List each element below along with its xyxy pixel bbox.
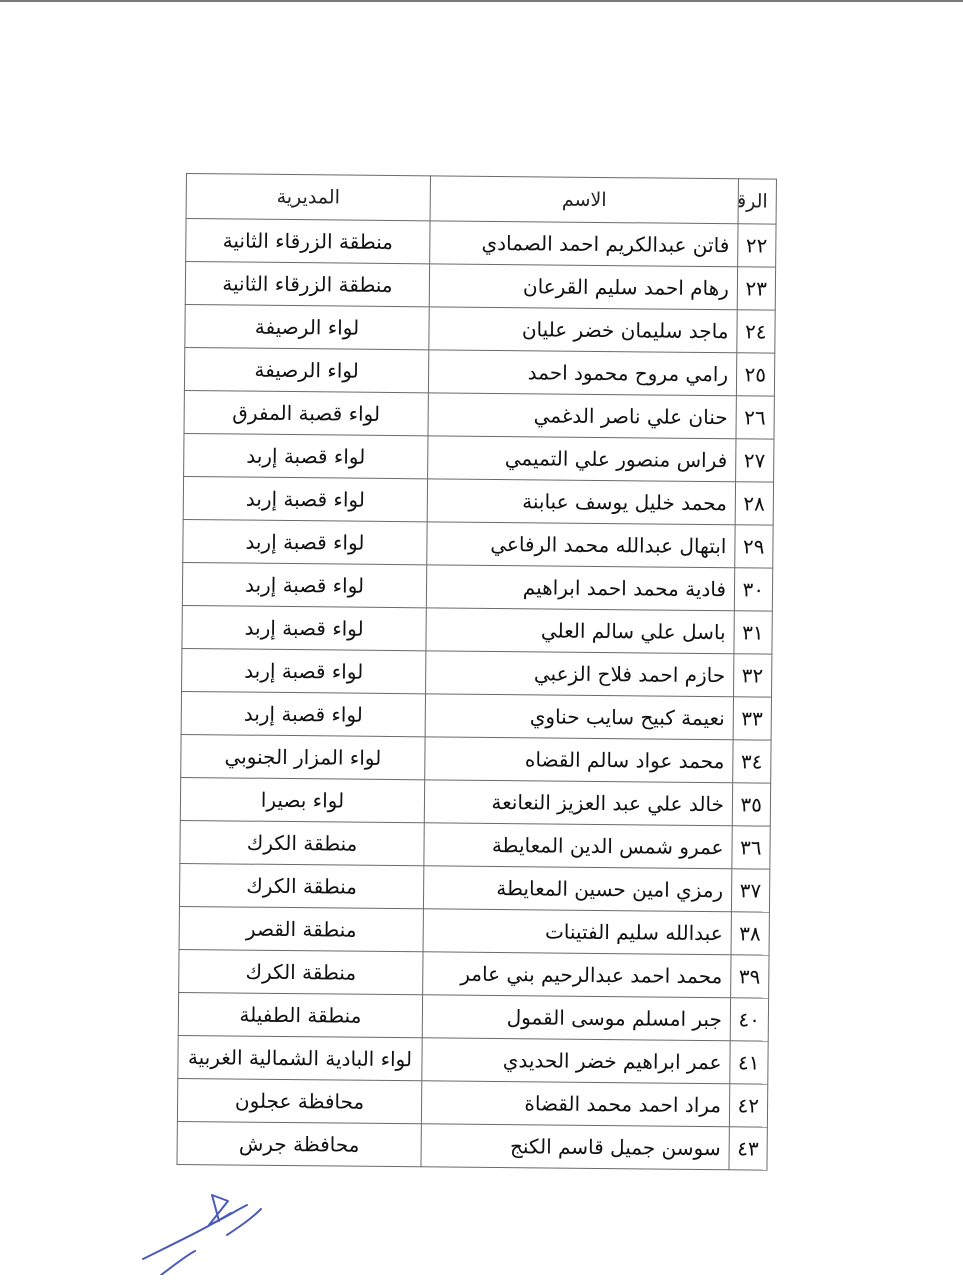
row-number: ٢٢	[738, 224, 776, 267]
row-number: ٣٧	[731, 869, 769, 912]
row-name: عمرو شمس الدين المعايطة	[424, 823, 732, 869]
row-directorate: منطقة الطفيلة	[178, 992, 422, 1037]
row-number: ٤٢	[729, 1084, 767, 1127]
row-name: ماجد سليمان خضر عليان	[429, 307, 737, 353]
header-name: الاسم	[430, 176, 738, 224]
table-row: ٣٤محمد عواد سالم القضاهلواء المزار الجنو…	[181, 734, 771, 783]
table-row: ٣٦عمرو شمس الدين المعايطةمنطقة الكرك	[180, 820, 770, 869]
row-directorate: لواء قصبة إربد	[183, 476, 427, 521]
row-directorate: لواء قصبة إربد	[182, 562, 426, 607]
row-name: رمزي امين حسين المعايطة	[423, 866, 731, 912]
row-directorate: منطقة القصر	[179, 906, 423, 951]
table-row: ٤٣سوسن جميل قاسم الكنجمحافظة جرش	[177, 1121, 767, 1170]
header-number: الرقم	[738, 179, 776, 224]
row-name: فاتن عبدالكريم احمد الصمادي	[430, 221, 738, 267]
table-row: ٢٥رامي مروح محمود احمدلواء الرصيفة	[184, 347, 774, 396]
row-directorate: لواء البادية الشمالية الغربية	[178, 1035, 422, 1080]
row-number: ٢٦	[736, 396, 774, 439]
row-name: محمد عواد سالم القضاه	[425, 737, 733, 783]
row-directorate: لواء المزار الجنوبي	[181, 734, 425, 779]
row-name: سوسن جميل قاسم الكنج	[421, 1124, 729, 1170]
row-number: ٣٨	[731, 912, 769, 955]
row-directorate: لواء قصبة المفرق	[184, 390, 428, 435]
row-directorate: منطقة الزرقاء الثانية	[186, 219, 430, 264]
header-directorate: المديرية	[186, 174, 430, 221]
table-row: ٢٩ابتهال عبدالله محمد الرفاعيلواء قصبة إ…	[183, 519, 773, 568]
table-row: ٢٢فاتن عبدالكريم احمد الصماديمنطقة الزرق…	[186, 219, 776, 268]
row-number: ٣٦	[732, 826, 770, 869]
row-number: ٢٥	[736, 353, 774, 396]
row-name: محمد احمد عبدالرحيم بني عامر	[423, 952, 731, 998]
row-name: خالد علي عبد العزيز النعانعة	[424, 780, 732, 826]
row-number: ٤١	[730, 1041, 768, 1084]
table-row: ٢٣رهام احمد سليم القرعانمنطقة الزرقاء ال…	[185, 262, 775, 311]
row-number: ٢٤	[737, 310, 775, 353]
row-directorate: لواء قصبة إربد	[182, 605, 426, 650]
row-directorate: محافظة جرش	[177, 1121, 421, 1166]
table-row: ٤٢مراد احمد محمد القضاةمحافظة عجلون	[177, 1078, 767, 1127]
row-directorate: لواء قصبة إربد	[184, 433, 428, 478]
table-row: ٣٧رمزي امين حسين المعايطةمنطقة الكرك	[179, 863, 769, 912]
row-name: محمد خليل يوسف عبابنة	[427, 479, 735, 525]
row-number: ٣٠	[734, 568, 772, 611]
roster-table: الرقم الاسم المديرية ٢٢فاتن عبدالكريم اح…	[176, 173, 776, 1171]
table-header-row: الرقم الاسم المديرية	[186, 174, 776, 225]
row-name: باسل علي سالم العلي	[426, 608, 734, 654]
table-row: ٤٠جبر امسلم موسى القمولمنطقة الطفيلة	[178, 992, 768, 1041]
row-directorate: منطقة الزرقاء الثانية	[185, 262, 429, 307]
row-directorate: منطقة الكرك	[179, 863, 423, 908]
row-name: مراد احمد محمد القضاة	[421, 1081, 729, 1127]
table-row: ٢٨محمد خليل يوسف عبابنةلواء قصبة إربد	[183, 476, 773, 525]
row-name: فادية محمد احمد ابراهيم	[426, 565, 734, 611]
row-directorate: لواء قصبة إربد	[182, 648, 426, 693]
table-row: ٣٠فادية محمد احمد ابراهيملواء قصبة إربد	[182, 562, 772, 611]
row-number: ٣٢	[733, 654, 771, 697]
row-name: عبدالله سليم الفتينات	[423, 909, 731, 955]
row-number: ٣٥	[732, 783, 770, 826]
row-number: ٣٣	[733, 697, 771, 740]
row-directorate: لواء الرصيفة	[184, 347, 428, 392]
table-row: ٣٣نعيمة كبيح سايب حناويلواء قصبة إربد	[181, 691, 771, 740]
row-name: حنان علي ناصر الدغمي	[428, 393, 736, 439]
row-directorate: منطقة الكرك	[179, 949, 423, 994]
row-number: ٢٨	[735, 482, 773, 525]
row-name: رهام احمد سليم القرعان	[429, 264, 737, 310]
row-number: ٤٣	[729, 1127, 767, 1170]
table-row: ٣٩محمد احمد عبدالرحيم بني عامرمنطقة الكر…	[179, 949, 769, 998]
row-name: حازم احمد فلاح الزعبي	[426, 651, 734, 697]
row-directorate: لواء قصبة إربد	[183, 519, 427, 564]
table-row: ٢٦حنان علي ناصر الدغميلواء قصبة المفرق	[184, 390, 774, 439]
row-directorate: لواء الرصيفة	[185, 304, 429, 349]
table-row: ٤١عمر ابراهيم خضر الحديديلواء البادية ال…	[178, 1035, 768, 1084]
row-number: ٤٠	[730, 998, 768, 1041]
row-name: جبر امسلم موسى القمول	[422, 995, 730, 1041]
table-body: ٢٢فاتن عبدالكريم احمد الصماديمنطقة الزرق…	[177, 219, 776, 1171]
row-name: عمر ابراهيم خضر الحديدي	[422, 1038, 730, 1084]
row-number: ٢٩	[735, 525, 773, 568]
row-directorate: منطقة الكرك	[180, 820, 424, 865]
row-name: ابتهال عبدالله محمد الرفاعي	[427, 522, 735, 568]
row-name: فراس منصور علي التميمي	[428, 436, 736, 482]
row-directorate: لواء قصبة إربد	[181, 691, 425, 736]
table-row: ٣٥خالد علي عبد العزيز النعانعةلواء بصيرا	[180, 777, 770, 826]
row-number: ٣٤	[733, 740, 771, 783]
table-row: ٣٨عبدالله سليم الفتيناتمنطقة القصر	[179, 906, 769, 955]
row-name: رامي مروح محمود احمد	[428, 350, 736, 396]
page-top-edge	[0, 0, 963, 2]
table-row: ٣٢حازم احمد فلاح الزعبيلواء قصبة إربد	[182, 648, 772, 697]
row-name: نعيمة كبيح سايب حناوي	[425, 694, 733, 740]
signature-icon	[135, 1185, 285, 1275]
roster-table-container: الرقم الاسم المديرية ٢٢فاتن عبدالكريم اح…	[176, 173, 775, 1171]
row-number: ٣٩	[731, 955, 769, 998]
row-number: ٣١	[734, 611, 772, 654]
row-directorate: محافظة عجلون	[177, 1078, 421, 1123]
row-number: ٢٧	[736, 439, 774, 482]
table-row: ٣١باسل علي سالم العليلواء قصبة إربد	[182, 605, 772, 654]
row-number: ٢٣	[737, 267, 775, 310]
table-row: ٢٧فراس منصور علي التميميلواء قصبة إربد	[184, 433, 774, 482]
table-row: ٢٤ماجد سليمان خضر عليانلواء الرصيفة	[185, 304, 775, 353]
row-directorate: لواء بصيرا	[180, 777, 424, 822]
